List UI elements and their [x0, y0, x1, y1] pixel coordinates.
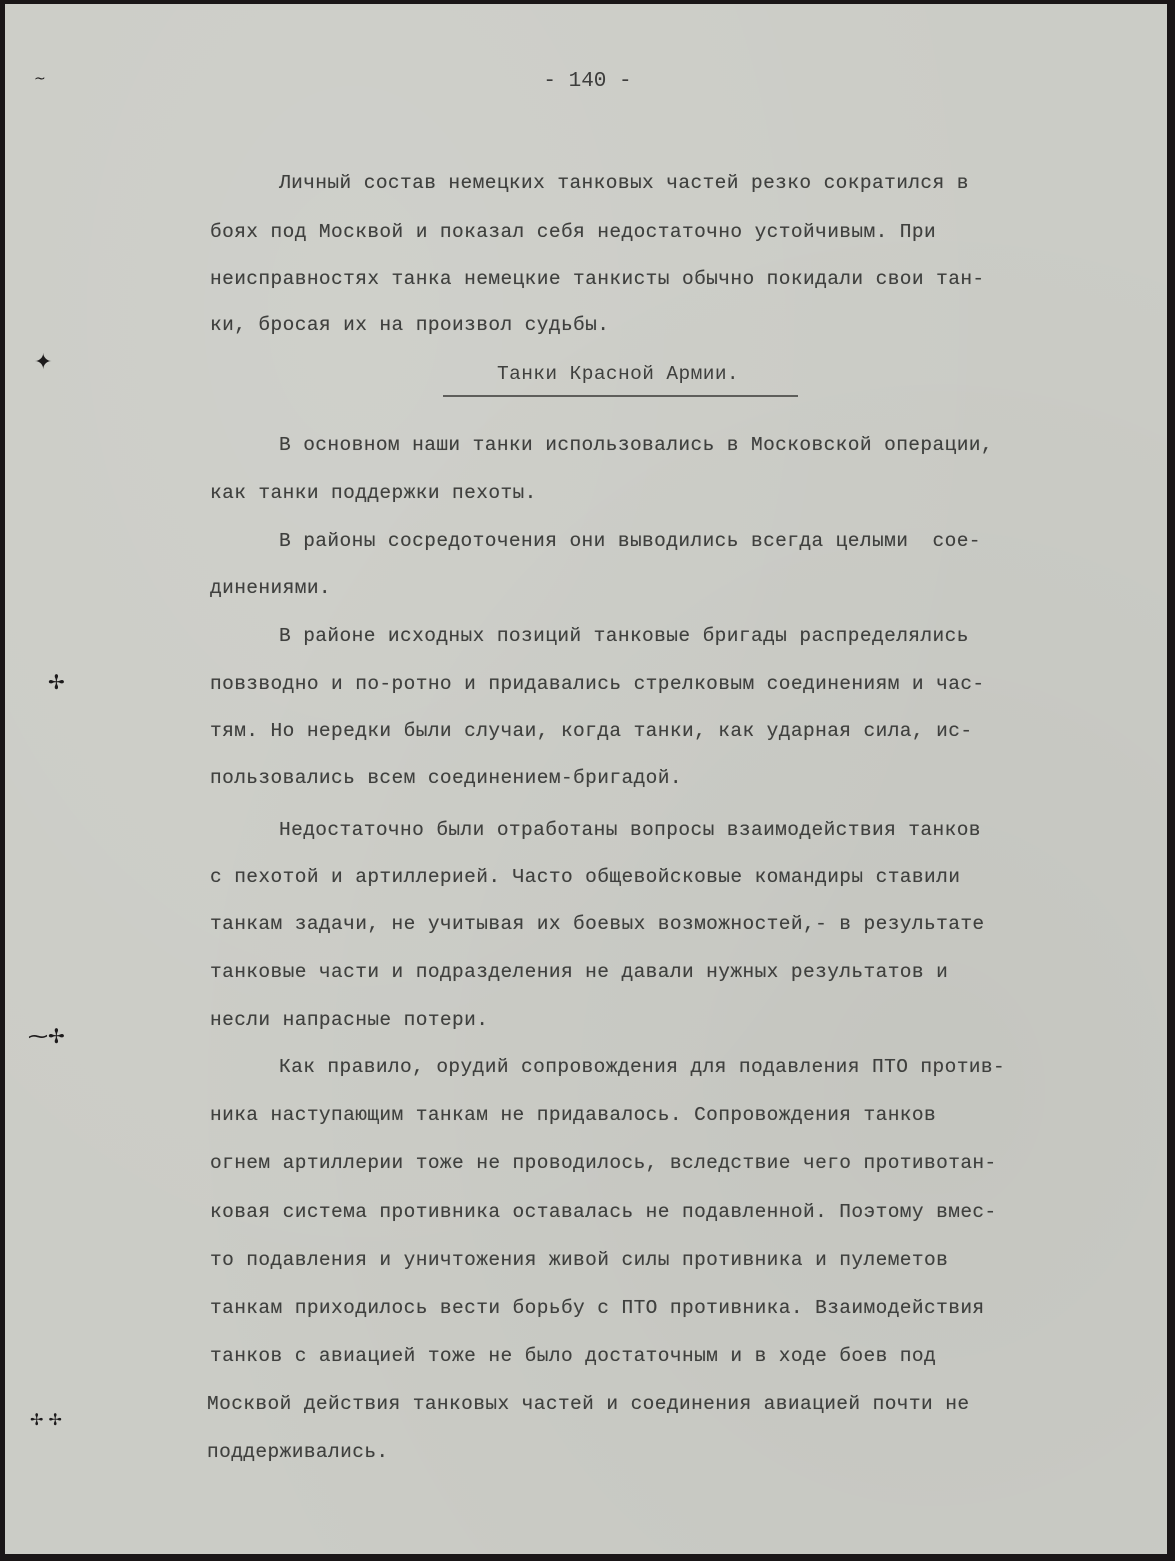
text-line: танков с авиацией тоже не было достаточн…	[210, 1345, 936, 1367]
text-line: тям. Но нередки были случаи, когда танки…	[210, 720, 972, 742]
text-line: поддерживались.	[207, 1441, 389, 1463]
section-heading: Танки Красной Армии.	[497, 363, 739, 385]
text-line: Как правило, орудий сопровождения для по…	[279, 1056, 1005, 1078]
binding-hole-icon: ✦	[34, 352, 52, 374]
text-line: то подавления и уничтожения живой силы п…	[210, 1249, 948, 1271]
heading-underline	[443, 395, 798, 397]
text-line: Москвой действия танковых частей и соеди…	[207, 1393, 969, 1415]
text-line: повзводно и по-ротно и придавались стрел…	[210, 673, 985, 695]
page-number: - 140 -	[0, 70, 1175, 93]
text-line: ника наступающим танкам не придавалось. …	[210, 1104, 936, 1126]
text-line: ковая система противника оставалась не п…	[210, 1201, 997, 1223]
text-line: пользовались всем соединением-бригадой.	[210, 767, 682, 789]
text-line: с пехотой и артиллерией. Часто общевойск…	[210, 866, 960, 888]
text-line: В районе исходных позиций танковые брига…	[279, 625, 969, 647]
text-line: Недостаточно были отработаны вопросы вза…	[279, 819, 981, 841]
text-line: ки, бросая их на произвол судьбы.	[210, 314, 609, 336]
scan-frame: ~ ✦ ✢ ⁓✢ ✢ ✢ - 140 - Личный состав немец…	[0, 0, 1175, 1561]
text-line: танковые части и подразделения не давали…	[210, 961, 948, 983]
text-line: несли напрасные потери.	[210, 1009, 488, 1031]
binding-hole-icon: ⁓✢	[28, 1026, 65, 1046]
text-line: как танки поддержки пехоты.	[210, 482, 537, 504]
text-line: боях под Москвой и показал себя недостат…	[210, 221, 936, 243]
text-line: танкам приходилось вести борьбу с ПТО пр…	[210, 1297, 985, 1319]
text-line: В основном наши танки использовались в М…	[279, 434, 993, 456]
text-line: В районы сосредоточения они выводились в…	[279, 530, 981, 552]
text-line: динениями.	[210, 577, 331, 599]
text-line: неисправностях танка немецкие танкисты о…	[210, 268, 985, 290]
binding-hole-icon: ✢	[48, 672, 65, 692]
text-line: танкам задачи, не учитывая их боевых воз…	[210, 913, 985, 935]
text-line: Личный состав немецких танковых частей р…	[279, 172, 969, 194]
binding-hole-icon: ✢ ✢	[30, 1412, 62, 1428]
text-line: огнем артиллерии тоже не проводилось, вс…	[210, 1152, 997, 1174]
